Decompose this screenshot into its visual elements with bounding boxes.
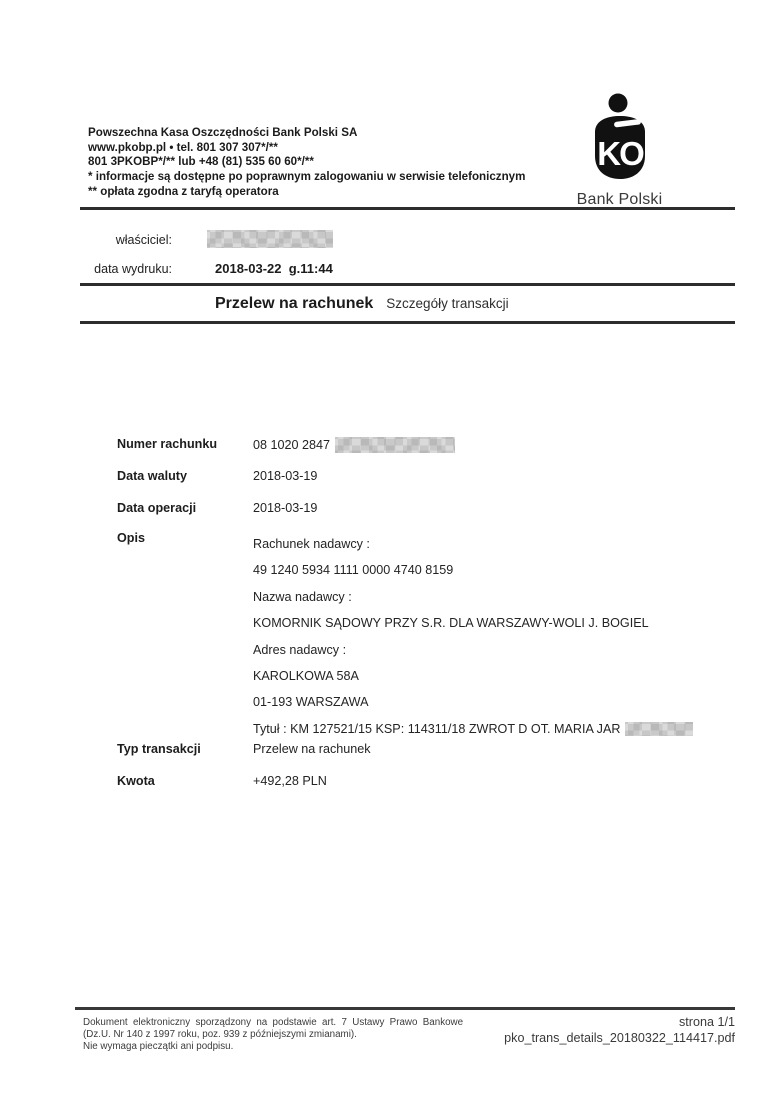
transfer-title-line: Tytuł : KM 127521/15 KSP: 114311/18 ZWRO… [253, 716, 693, 742]
divider-title [80, 321, 735, 324]
divider-meta [80, 283, 735, 286]
sender-name: KOMORNIK SĄDOWY PRZY S.R. DLA WARSZAWY-W… [253, 610, 693, 636]
operation-date-label: Data operacji [117, 501, 196, 515]
operation-date-value: 2018-03-19 [253, 501, 317, 515]
description-label: Opis [117, 531, 145, 545]
bank-contact-block: Powszechna Kasa Oszczędności Bank Polski… [88, 126, 525, 200]
document-filename: pko_trans_details_20180322_114417.pdf [504, 1031, 735, 1047]
owner-value-redacted [207, 230, 333, 248]
print-date-label: data wydruku: [60, 262, 172, 276]
pko-piggybank-icon: KO [592, 93, 648, 185]
transaction-type-value: Przelew na rachunek [253, 742, 371, 756]
description-value: Rachunek nadawcy : 49 1240 5934 1111 000… [253, 531, 693, 742]
bank-website-phone-line: www.pkobp.pl • tel. 801 307 307*/** [88, 141, 525, 156]
value-date-value: 2018-03-19 [253, 469, 317, 483]
pko-logo: KO Bank Polski [572, 93, 667, 209]
transfer-title-redacted [625, 722, 693, 736]
print-date-value: 2018-03-22 g.11:44 [215, 261, 333, 276]
divider-footer [75, 1007, 735, 1010]
owner-label: właściciel: [60, 233, 172, 247]
account-number-value: 08 1020 2847 [253, 437, 455, 453]
sender-account-caption: Rachunek nadawcy : [253, 531, 693, 557]
bank-footnote-line-1: * informacje są dostępne po poprawnym za… [88, 170, 525, 185]
legal-note-line-1: Dokument elektroniczny sporządzony na po… [83, 1017, 493, 1029]
account-number-label: Numer rachunku [117, 437, 217, 451]
svg-text:KO: KO [597, 135, 644, 172]
page-indicator: strona 1/1 [504, 1015, 735, 1031]
legal-note-line-3: Nie wymaga pieczątki ani podpisu. [83, 1041, 493, 1053]
bank-phone-line: 801 3PKOBP*/** lub +48 (81) 535 60 60*/*… [88, 155, 525, 170]
transaction-type-label: Typ transakcji [117, 742, 201, 756]
amount-label: Kwota [117, 774, 155, 788]
footer-meta: strona 1/1 pko_trans_details_20180322_11… [504, 1015, 735, 1046]
sender-name-caption: Nazwa nadawcy : [253, 584, 693, 610]
bank-footnote-line-2: ** opłata zgodna z taryfą operatora [88, 185, 525, 200]
bank-document-page: Powszechna Kasa Oszczędności Bank Polski… [0, 0, 779, 1103]
divider-header [80, 207, 735, 210]
account-number-visible: 08 1020 2847 [253, 438, 330, 452]
amount-value: +492,28 PLN [253, 774, 327, 788]
value-date-label: Data waluty [117, 469, 187, 483]
account-number-redacted [335, 437, 455, 453]
document-title: Przelew na rachunek Szczegóły transakcji [215, 295, 509, 313]
sender-address-street: KAROLKOWA 58A [253, 663, 693, 689]
sender-account-number: 49 1240 5934 1111 0000 4740 8159 [253, 557, 693, 583]
sender-address-city: 01-193 WARSZAWA [253, 689, 693, 715]
legal-note: Dokument elektroniczny sporządzony na po… [83, 1017, 493, 1052]
title-subtitle: Szczegóły transakcji [386, 296, 508, 311]
legal-note-line-2: (Dz.U. Nr 140 z 1997 roku, poz. 939 z pó… [83, 1029, 493, 1041]
transfer-title-visible: Tytuł : KM 127521/15 KSP: 114311/18 ZWRO… [253, 716, 620, 742]
title-main: Przelew na rachunek [215, 295, 373, 313]
bank-name-line: Powszechna Kasa Oszczędności Bank Polski… [88, 126, 525, 141]
sender-address-caption: Adres nadawcy : [253, 637, 693, 663]
